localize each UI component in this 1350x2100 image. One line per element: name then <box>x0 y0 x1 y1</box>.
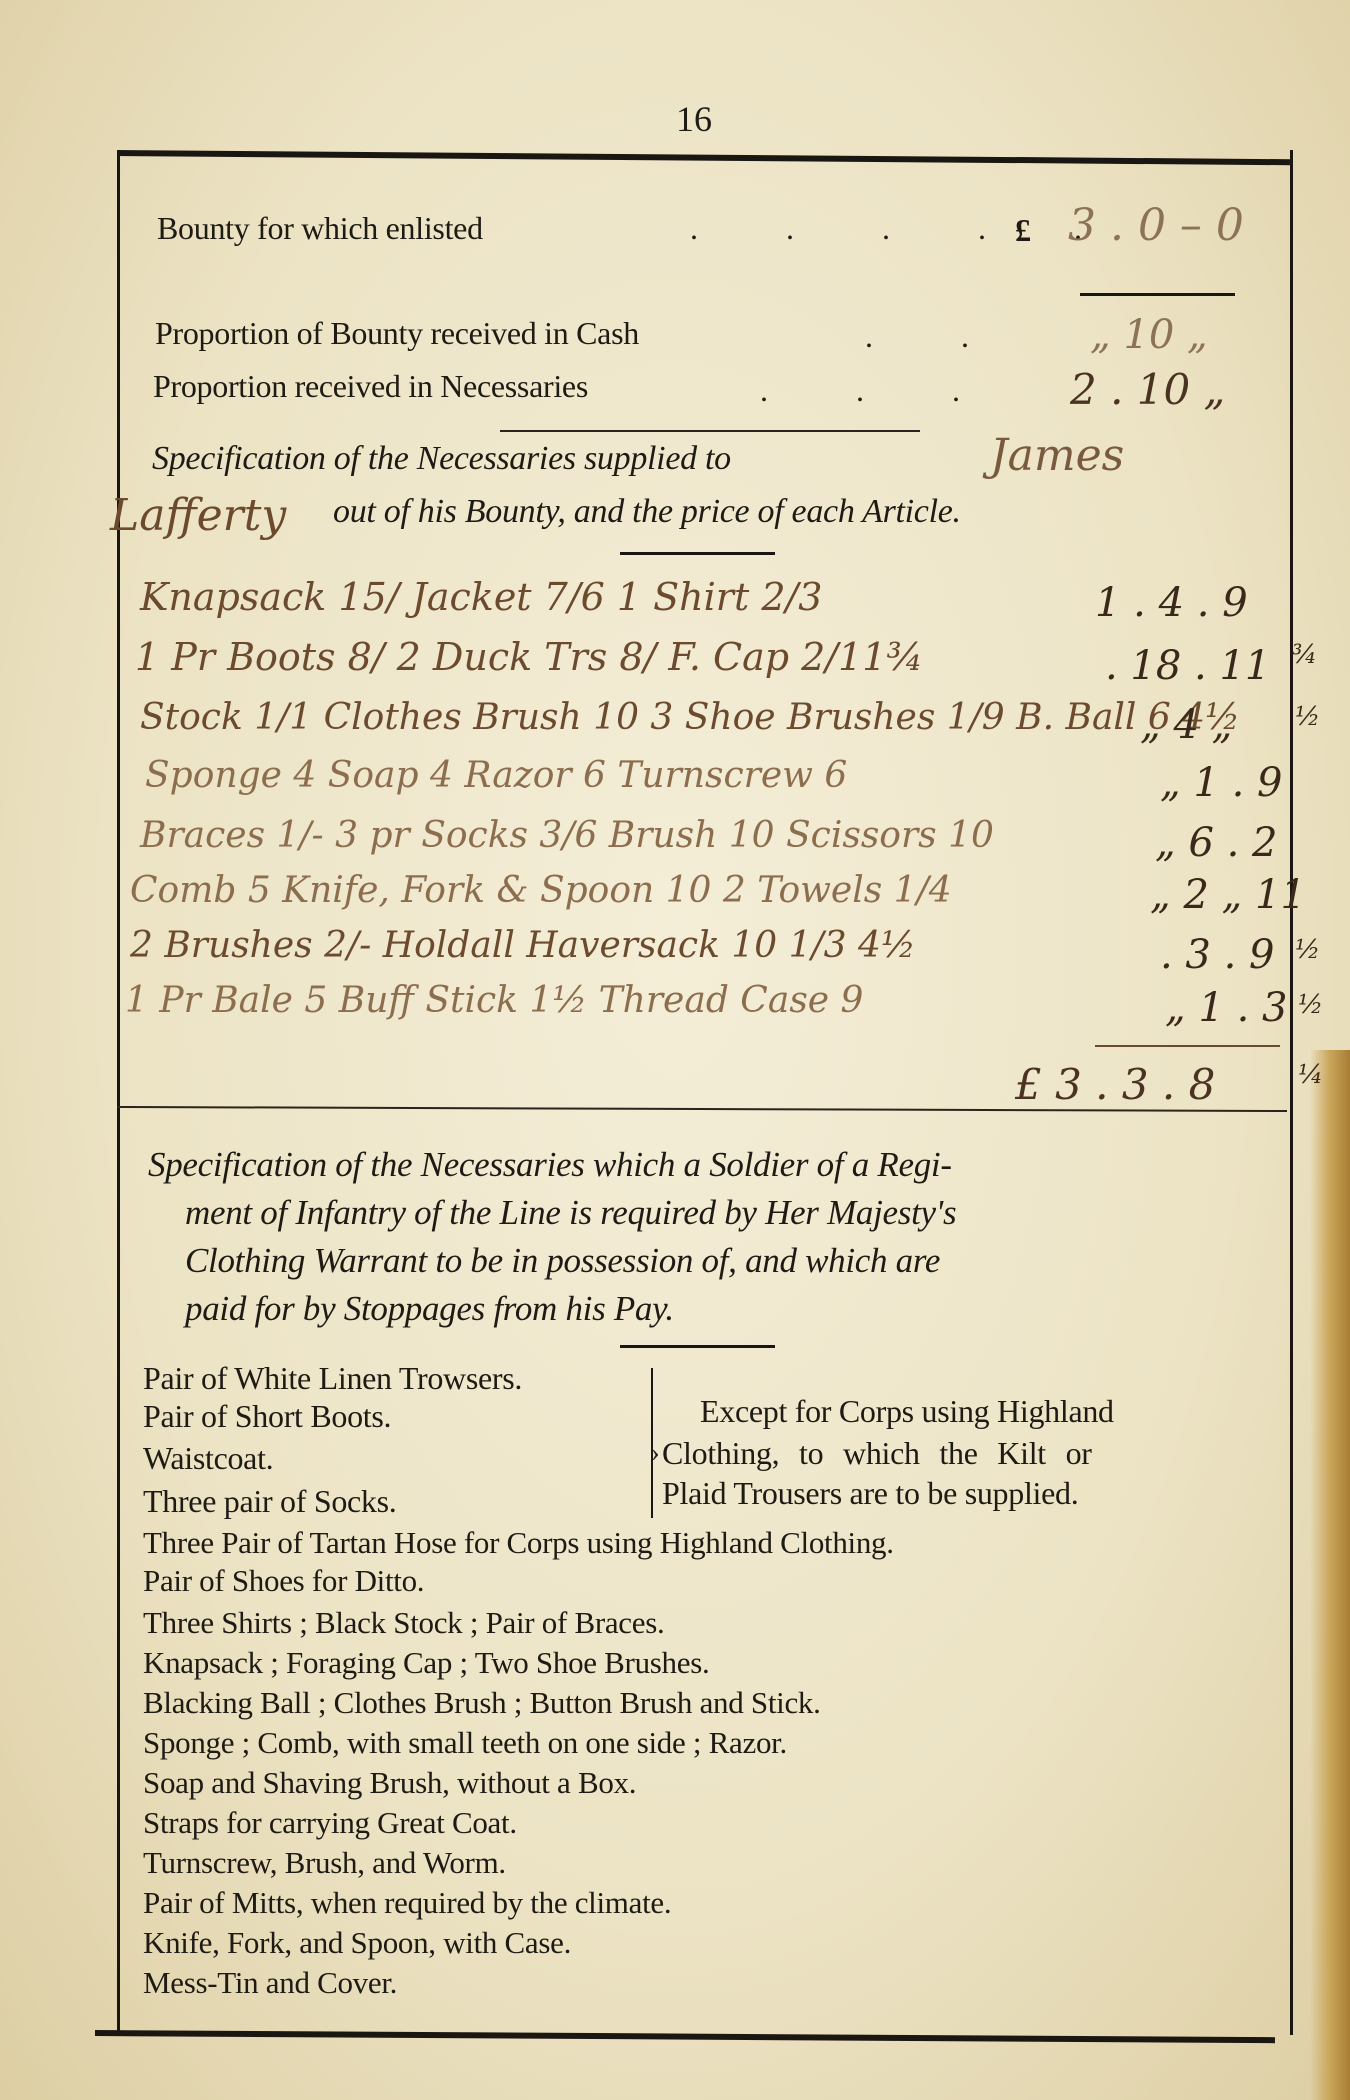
supplied-spec-line2: out of his Bounty, and the price of each… <box>333 493 961 531</box>
required-item: Three Shirts ; Black Stock ; Pair of Bra… <box>143 1605 664 1641</box>
entry-amount: „ 1 . 9 <box>1160 760 1282 806</box>
short-rule <box>620 1345 775 1348</box>
total-rule <box>1095 1045 1280 1047</box>
required-item: Mess-Tin and Cover. <box>143 1965 397 2001</box>
entry-items: Knapsack 15/ Jacket 7/6 1 Shirt 2/3 <box>140 575 822 619</box>
short-rule <box>620 552 775 555</box>
page-number: 16 <box>676 98 712 140</box>
bracket-note-line: Except for Corps using Highland <box>700 1393 1114 1430</box>
bounty-cash-amount: „ 10 „ <box>1090 312 1208 358</box>
total-margin-fraction: ¼ <box>1298 1060 1323 1090</box>
required-item: Knapsack ; Foraging Cap ; Two Shoe Brush… <box>143 1645 709 1681</box>
recipient-first-name: James <box>990 430 1124 481</box>
entry-amount: . 3 . 9 <box>1160 932 1274 978</box>
bounty-cash-dots: . . <box>865 318 1009 355</box>
separator-rule <box>500 430 920 432</box>
required-item: Straps for carrying Great Coat. <box>143 1805 517 1841</box>
entry-amount: . 18 . 11 <box>1105 643 1270 689</box>
bracketed-item: Waistcoat. <box>143 1440 273 1477</box>
bracket-note-line: Plaid Trousers are to be supplied. <box>662 1475 1078 1512</box>
entry-amount: „ 6 . 2 <box>1155 820 1277 866</box>
bounty-cash-label: Proportion of Bounty received in Cash <box>155 315 639 352</box>
bracket-note-line: Clothing, to which the Kilt or <box>662 1435 1092 1472</box>
page-edge-stain <box>1310 1050 1350 2100</box>
required-item: Pair of Shoes for Ditto. <box>143 1563 424 1599</box>
bounty-enlisted-amount: 3 . 0 – 0 <box>1068 200 1244 251</box>
bracket-point: › <box>651 1438 660 1468</box>
required-item: Turnscrew, Brush, and Worm. <box>143 1845 506 1881</box>
entry-items: 2 Brushes 2/- Holdall Haversack 10 1/3 4… <box>130 925 916 966</box>
entry-items: Sponge 4 Soap 4 Razor 6 Turnscrew 6 <box>145 755 847 796</box>
entry-amount: „ 1 . 3 <box>1165 985 1287 1031</box>
supplied-spec-line1: Specification of the Necessaries supplie… <box>152 440 731 478</box>
required-heading-line: Specification of the Necessaries which a… <box>148 1145 952 1185</box>
entry-items: Braces 1/- 3 pr Socks 3/6 Brush 10 Sciss… <box>140 815 994 856</box>
bracketed-item: Pair of Short Boots. <box>143 1398 391 1435</box>
required-item: Pair of Mitts, when required by the clim… <box>143 1885 671 1921</box>
entry-margin-fraction: ½ <box>1295 702 1320 732</box>
required-item: Blacking Ball ; Clothes Brush ; Button B… <box>143 1685 821 1721</box>
sum-rule <box>1080 293 1235 296</box>
required-item: Soap and Shaving Brush, without a Box. <box>143 1765 636 1801</box>
bracketed-item: Three pair of Socks. <box>143 1483 396 1520</box>
bounty-enlisted-dots: . . . . . <box>690 210 1122 247</box>
entry-margin-fraction: ½ <box>1295 935 1320 965</box>
entry-items: 1 Pr Boots 8/ 2 Duck Trs 8/ F. Cap 2/11¾ <box>135 635 923 679</box>
required-heading-line: Clothing Warrant to be in possession of,… <box>185 1241 940 1281</box>
bounty-necessaries-dots: . . . <box>760 372 1000 409</box>
entry-amount: „ 2 „ 11 <box>1150 872 1306 918</box>
required-heading-line: paid for by Stoppages from his Pay. <box>185 1289 674 1329</box>
required-heading-line: ment of Infantry of the Line is required… <box>185 1193 956 1233</box>
entry-amount: „ 4 „ <box>1140 702 1232 748</box>
required-item: Knife, Fork, and Spoon, with Case. <box>143 1925 571 1961</box>
entry-amount: 1 . 4 . 9 <box>1095 580 1248 626</box>
currency-symbol: £ <box>1015 212 1031 249</box>
entries-total: £ 3 . 3 . 8 <box>1015 1060 1215 1109</box>
entry-items: 1 Pr Bale 5 Buff Stick 1½ Thread Case 9 <box>125 980 863 1021</box>
bounty-necessaries-label: Proportion received in Necessaries <box>153 368 588 405</box>
entry-margin-fraction: ¾ <box>1292 640 1317 670</box>
bracketed-item: Pair of White Linen Trowsers. <box>143 1360 522 1397</box>
bounty-necessaries-amount: 2 . 10 „ <box>1070 365 1225 414</box>
entry-items: Comb 5 Knife, Fork & Spoon 10 2 Towels 1… <box>130 870 952 911</box>
required-item: Sponge ; Comb, with small teeth on one s… <box>143 1725 787 1761</box>
entry-margin-fraction: ½ <box>1298 990 1323 1020</box>
entry-items: Stock 1/1 Clothes Brush 10 3 Shoe Brushe… <box>140 697 1240 738</box>
recipient-surname: Lafferty <box>110 490 286 541</box>
bounty-enlisted-label: Bounty for which enlisted <box>157 210 483 247</box>
required-item: Three Pair of Tartan Hose for Corps usin… <box>143 1525 894 1561</box>
